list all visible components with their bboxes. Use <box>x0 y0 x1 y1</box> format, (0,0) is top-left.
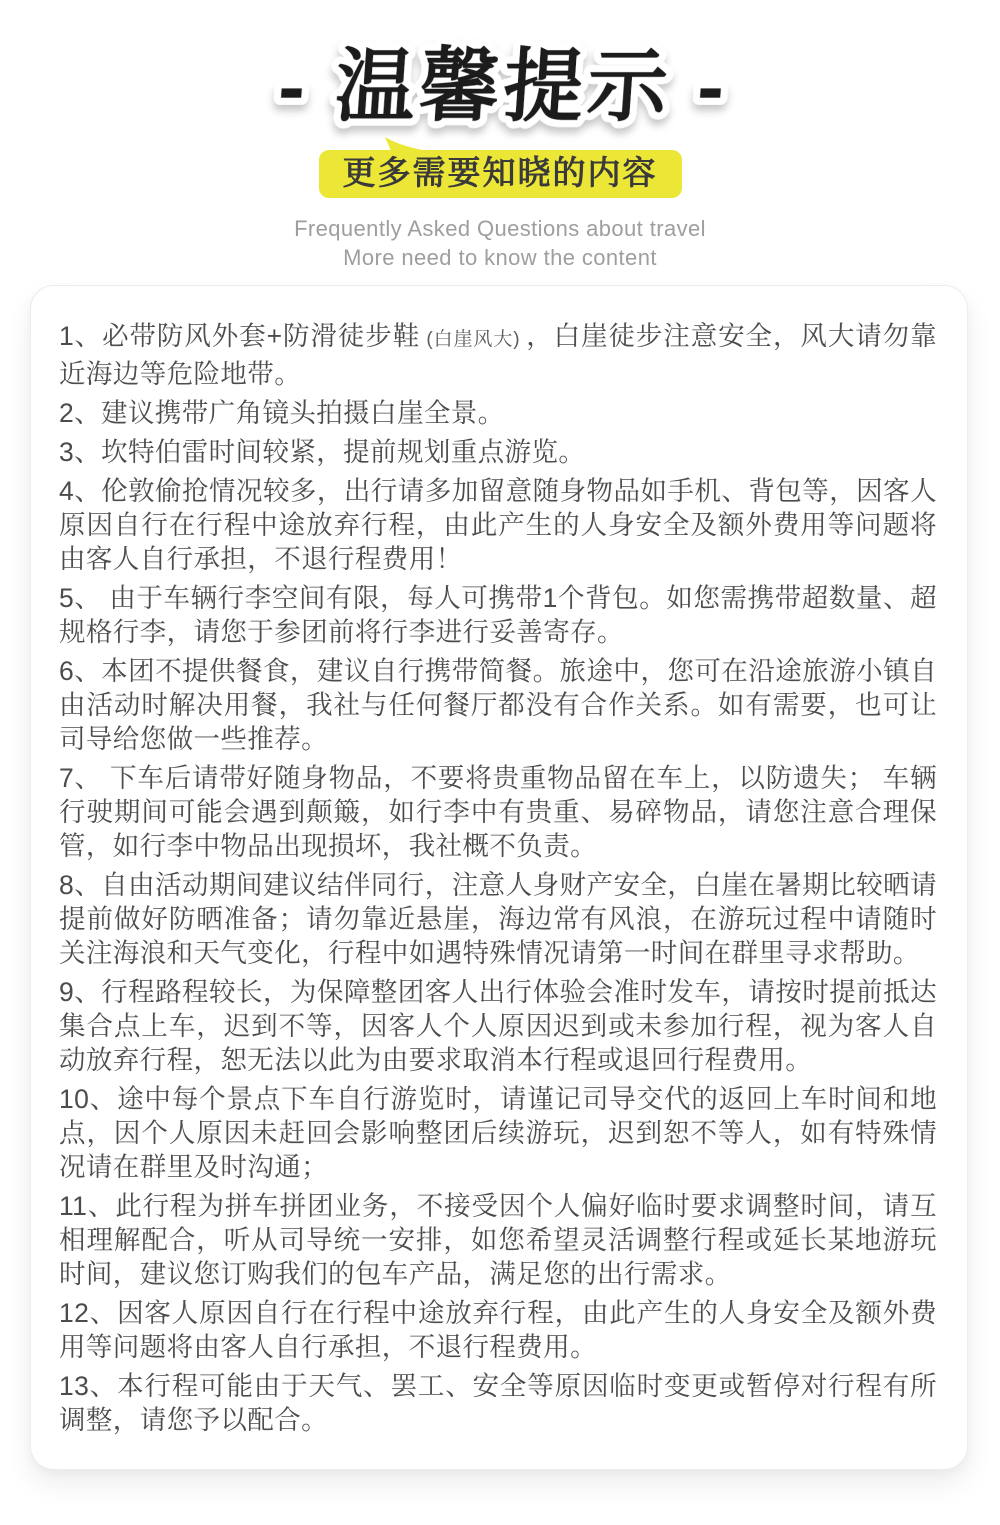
page-title: - 温馨提示 - <box>110 22 890 142</box>
warm-tips-page: - 温馨提示 - 更多需要知晓的内容 Frequently Asked Ques… <box>0 0 1000 1525</box>
tip-item-12: 12、因客人原因自行在行程中途放弃行程，由此产生的人身安全及额外费用等问题将由客… <box>59 1296 937 1364</box>
tip-item-10: 10、途中每个景点下车自行游览时，请谨记司导交代的返回上车时间和地点，因个人原因… <box>59 1082 937 1184</box>
tip-item-8: 8、自由活动期间建议结伴同行，注意人身财产安全，白崖在暑期比较晒请提前做好防晒准… <box>59 868 937 970</box>
tip-text-segment-small: (白崖风大) <box>420 329 526 350</box>
tip-item-1: 1、必带防风外套+防滑徒步鞋 (白崖风大) ，白崖徒步注意安全，风大请勿靠近海边… <box>59 319 937 391</box>
tip-item-13: 13、本行程可能由于天气、罢工、安全等原因临时变更或暂停对行程有所调整，请您予以… <box>59 1369 937 1437</box>
tip-item-5: 5、 由于车辆行李空间有限，每人可携带1个背包。如您需携带超数量、超规格行李，请… <box>59 581 937 649</box>
tip-item-2: 2、建议携带广角镜头拍摄白崖全景。 <box>59 396 937 430</box>
tip-item-7: 7、 下车后请带好随身物品，不要将贵重物品留在车上，以防遗失； 车辆行驶期间可能… <box>59 761 937 863</box>
tip-item-11: 11、此行程为拼车拼团业务，不接受因个人偏好临时要求调整时间，请互相理解配合，听… <box>59 1189 937 1291</box>
tips-card: 1、必带防风外套+防滑徒步鞋 (白崖风大) ，白崖徒步注意安全，风大请勿靠近海边… <box>30 285 968 1470</box>
tip-text-segment: 1、必带防风外套+防滑徒步鞋 <box>59 321 420 351</box>
header: - 温馨提示 - 更多需要知晓的内容 Frequently Asked Ques… <box>0 0 1000 272</box>
subtitle-tag-label: 更多需要知晓的内容 <box>343 154 658 191</box>
page-title-text: - 温馨提示 - <box>276 41 732 131</box>
tip-item-3: 3、坎特伯雷时间较紧，提前规划重点游览。 <box>59 435 937 469</box>
speech-tail-icon <box>381 135 429 151</box>
tip-item-9: 9、行程路程较长，为保障整团客人出行体验会准时发车，请按时提前抵达集合点上车，迟… <box>59 975 937 1077</box>
subtitle-tag: 更多需要知晓的内容 <box>319 150 682 198</box>
subtitle-en-line2: More need to know the content <box>0 243 1000 272</box>
tip-item-6: 6、本团不提供餐食，建议自行携带简餐。旅途中，您可在沿途旅游小镇自由活动时解决用… <box>59 654 937 756</box>
tip-item-4: 4、伦敦偷抢情况较多，出行请多加留意随身物品如手机、背包等，因客人原因自行在行程… <box>59 474 937 576</box>
subtitle-en-line1: Frequently Asked Questions about travel <box>0 214 1000 243</box>
